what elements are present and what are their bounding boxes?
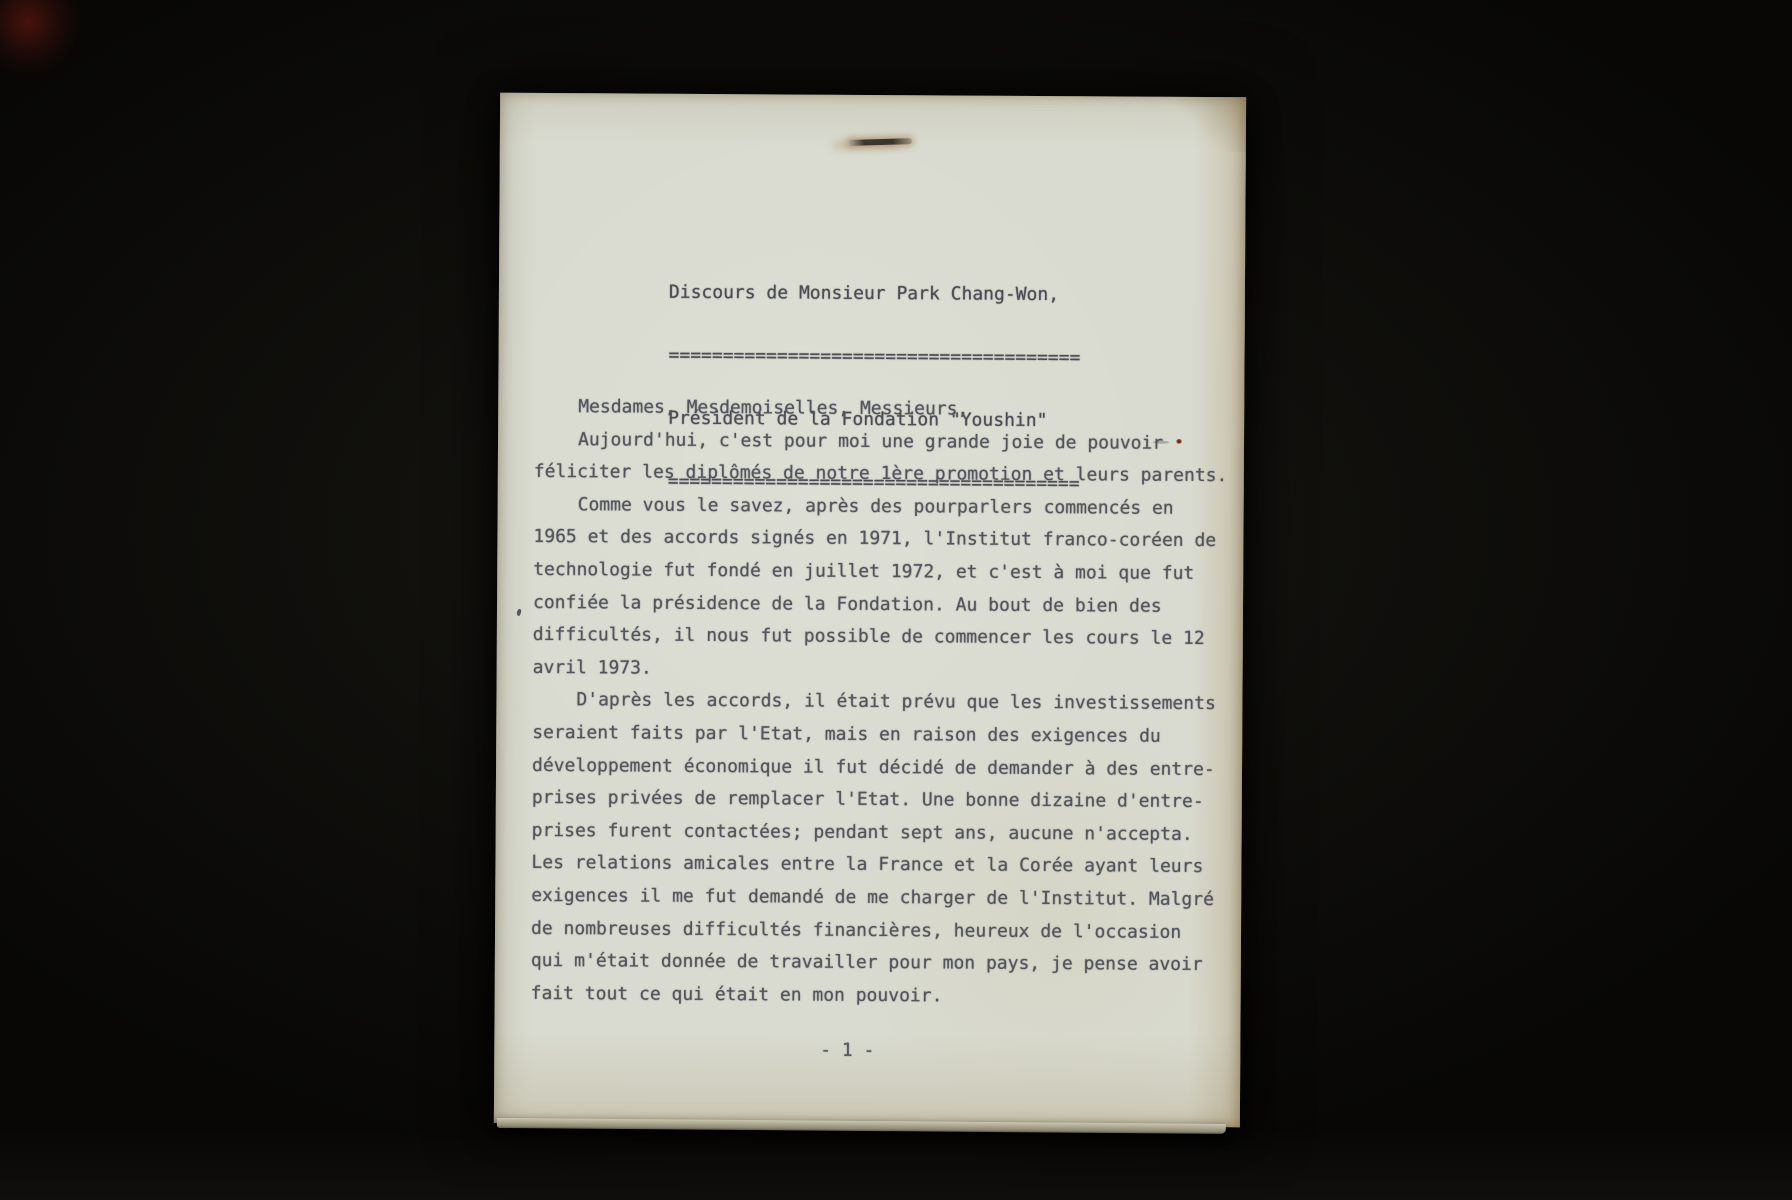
typed-line: fait tout ce qui était en mon pouvoir. (531, 978, 1231, 1015)
typed-line: Comme vous le savez, après des pourparle… (534, 489, 1234, 526)
typed-line: Aujourd'hui, c'est pour moi une grande j… (534, 424, 1234, 461)
typed-line: D'après les accords, il était prévu que … (532, 684, 1232, 721)
ink-speck (516, 608, 522, 616)
page-corner-crease (1176, 97, 1246, 152)
typed-line: seraient faits par l'Etat, mais en raiso… (532, 717, 1232, 754)
typed-line: qui m'était donnée de travailler pour mo… (531, 945, 1231, 982)
staple-mark (848, 138, 912, 146)
typed-line: avril 1973. (533, 652, 1233, 689)
photo-background: Discours de Monsieur Park Chang-Won, ===… (0, 0, 1792, 1200)
typed-line: difficultés, il nous fut possible de com… (533, 619, 1233, 656)
title-line-1: Discours de Monsieur Park Chang-Won, (669, 282, 1081, 306)
document-page: Discours de Monsieur Park Chang-Won, ===… (494, 93, 1246, 1128)
typed-line: confiée la présidence de la Fondation. A… (533, 587, 1233, 624)
typed-line: Mesdames, Mesdemoiselles, Messieurs, (534, 391, 1234, 428)
typed-line: développement économique il fut décidé d… (532, 749, 1232, 786)
typed-line: exigences il me fut demandé de me charge… (531, 880, 1231, 917)
typed-line: prises furent contactées; pendant sept a… (532, 815, 1232, 852)
page-number: - 1 - (792, 1040, 902, 1062)
typed-line: de nombreuses difficultés financières, h… (531, 912, 1231, 949)
typed-line: technologie fut fondé en juillet 1972, e… (533, 554, 1233, 591)
title-underline-1: ====================================== (668, 345, 1080, 369)
typed-line: Les relations amicales entre la France e… (531, 847, 1231, 884)
typed-line: 1965 et des accords signés en 1971, l'In… (533, 521, 1233, 558)
typed-line: prises privées de remplacer l'Etat. Une … (532, 782, 1232, 819)
document-body: Mesdames, Mesdemoiselles, Messieurs,Aujo… (531, 391, 1235, 1015)
typed-line: féliciter les diplômés de notre 1ère pro… (534, 456, 1234, 493)
